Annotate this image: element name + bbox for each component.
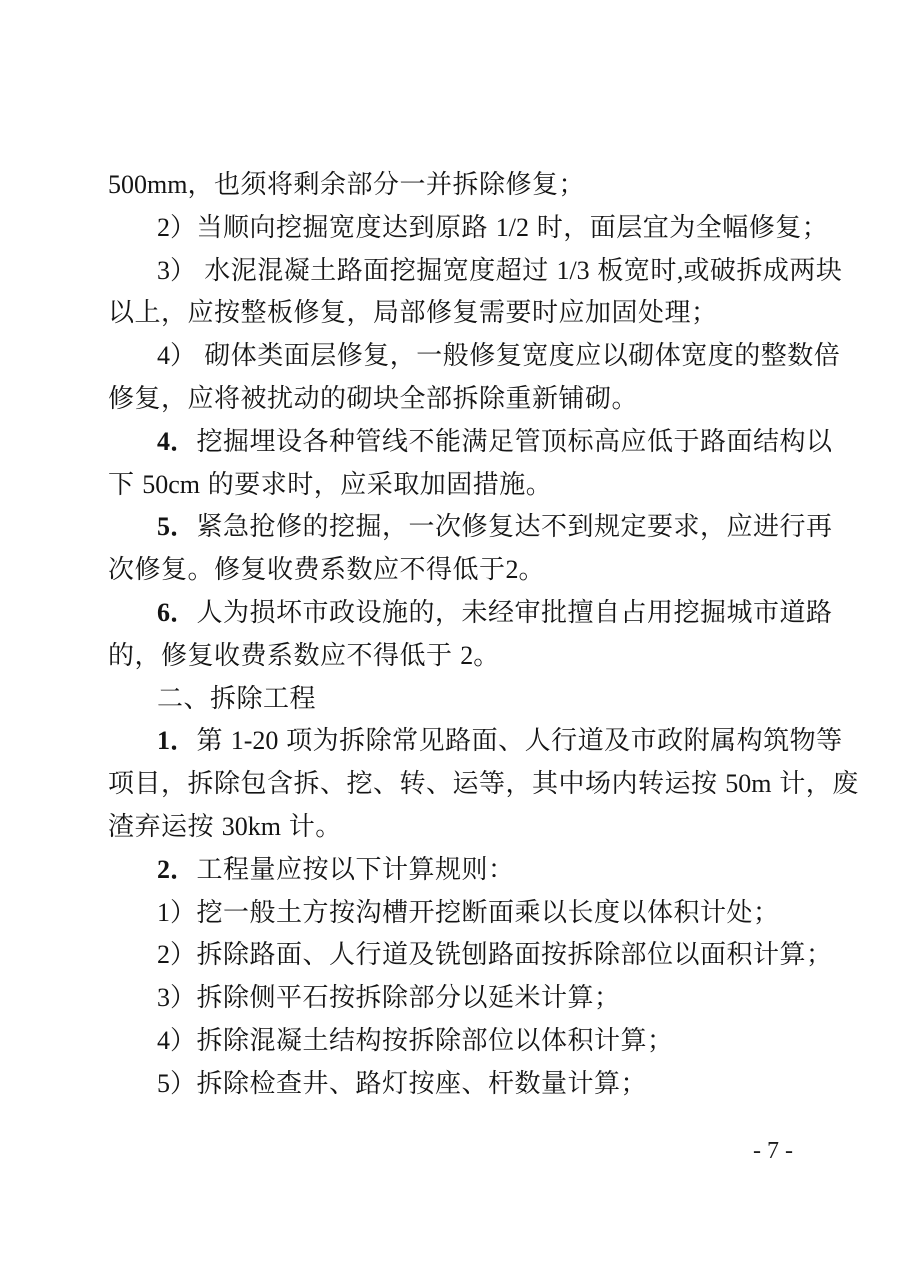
text-segment: 4）拆除混凝土结构按拆除部位以体积计算； [157,1025,674,1055]
text-line: 二、拆除工程 [108,677,798,720]
text-segment: 1）挖一般土方按沟槽开挖断面乘以长度以体积计处； [157,897,780,927]
text-line: 次修复。修复收费系数应不得低于2。 [108,548,798,591]
text-segment: 第 1-20 项为拆除常见路面、人行道及市政附属构筑物等 [197,725,843,755]
text-segment: 渣弃运按 30km 计。 [108,811,342,841]
text-line: 2．工程量应按以下计算规则： [108,848,798,891]
text-line: 3）拆除侧平石按拆除部分以延米计算； [108,976,798,1019]
latin-text: 3 [157,256,170,285]
text-line: 1）挖一般土方按沟槽开挖断面乘以长度以体积计处； [108,891,798,934]
latin-text: 4 [157,427,170,456]
latin-text: 500mm [108,170,187,199]
latin-text: , [677,256,684,285]
latin-text: 2 [506,555,519,584]
latin-text: 4 [157,341,170,370]
text-segment: 项目，拆除包含拆、挖、转、运等，其中场内转运按 50m 计，废 [108,768,859,798]
paragraph-number: 1． [157,725,197,755]
text-line: 500mm，也须将剩余部分一并拆除修复； [108,163,798,206]
latin-text: 2 [157,213,170,242]
text-segment: 的，修复收费系数应不得低于 2。 [108,640,500,670]
text-line: 项目，拆除包含拆、挖、转、运等，其中场内转运按 50m 计，废 [108,762,798,805]
text-line: 6．人为损坏市政设施的，未经审批擅自占用挖掘城市道路 [108,591,798,634]
text-line: 5）拆除检查井、路灯按座、杆数量计算； [108,1062,798,1105]
text-line: 3） 水泥混凝土路面挖掘宽度超过 1/3 板宽时,或破拆成两块 [108,249,798,292]
latin-text: 5 [157,1069,170,1098]
text-line: 以上，应按整板修复，局部修复需要时应加固处理； [108,291,798,334]
text-line: 修复，应将被扰动的砌块全部拆除重新铺砌。 [108,377,798,420]
text-segment: 人为损坏市政设施的，未经审批擅自占用挖掘城市道路 [197,597,833,627]
text-line: 下 50cm 的要求时，应采取加固措施。 [108,463,798,506]
latin-text: 1 [157,898,170,927]
text-line: 4） 砌体类面层修复，一般修复宽度应以砌体宽度的整数倍 [108,334,798,377]
latin-text: 5 [157,512,170,541]
text-line: 2）当顺向挖掘宽度达到原路 1/2 时，面层宜为全幅修复； [108,206,798,249]
latin-text: 4 [157,1026,170,1055]
latin-text: 1-20 [231,726,279,755]
text-line: 4）拆除混凝土结构按拆除部位以体积计算； [108,1019,798,1062]
text-segment: 4） 砌体类面层修复，一般修复宽度应以砌体宽度的整数倍 [157,340,840,370]
latin-text: 30km [222,812,281,841]
text-segment: 5）拆除检查井、路灯按座、杆数量计算； [157,1068,647,1098]
text-line: 的，修复收费系数应不得低于 2。 [108,634,798,677]
text-segment: 以上，应按整板修复，局部修复需要时应加固处理； [108,297,718,327]
latin-text: 3 [157,983,170,1012]
text-segment: 3） 水泥混凝土路面挖掘宽度超过 1/3 板宽时,或破拆成两块 [157,255,842,285]
text-segment: 二、拆除工程 [157,683,316,713]
text-segment: 3）拆除侧平石按拆除部分以延米计算； [157,982,621,1012]
text-line: 2）拆除路面、人行道及铣刨路面按拆除部位以面积计算； [108,933,798,976]
text-segment: 修复，应将被扰动的砌块全部拆除重新铺砌。 [108,383,638,413]
text-line: 4．挖掘埋设各种管线不能满足管顶标高应低于路面结构以 [108,420,798,463]
latin-text: 1/2 [496,213,529,242]
text-segment: 2）拆除路面、人行道及铣刨路面按拆除部位以面积计算； [157,939,833,969]
text-segment: 2）当顺向挖掘宽度达到原路 1/2 时，面层宜为全幅修复； [157,212,828,242]
text-segment: 500mm，也须将剩余部分一并拆除修复； [108,169,585,199]
latin-text: 2 [157,940,170,969]
text-segment: 工程量应按以下计算规则： [197,854,515,884]
text-segment: 挖掘埋设各种管线不能满足管顶标高应低于路面结构以 [197,426,833,456]
latin-text: 1/3 [556,256,589,285]
latin-text: 2 [460,641,473,670]
latin-text: 50m [725,769,771,798]
latin-text: 50cm [142,470,200,499]
latin-text: 2 [157,855,170,884]
paragraph-number: 6． [157,597,197,627]
text-segment: 紧急抢修的挖掘，一次修复达不到规定要求，应进行再 [197,511,833,541]
text-segment: 次修复。修复收费系数应不得低于2。 [108,554,545,584]
latin-text: 6 [157,598,170,627]
text-line: 渣弃运按 30km 计。 [108,805,798,848]
latin-text: 1 [157,726,170,755]
text-segment: 下 50cm 的要求时，应采取加固措施。 [108,469,552,499]
paragraph-number: 2． [157,854,197,884]
text-line: 5．紧急抢修的挖掘，一次修复达不到规定要求，应进行再 [108,505,798,548]
document-page: 500mm，也须将剩余部分一并拆除修复；2）当顺向挖掘宽度达到原路 1/2 时，… [0,0,900,1272]
paragraph-number: 5． [157,511,197,541]
document-body: 500mm，也须将剩余部分一并拆除修复；2）当顺向挖掘宽度达到原路 1/2 时，… [108,163,798,1105]
paragraph-number: 4． [157,426,197,456]
text-line: 1．第 1-20 项为拆除常见路面、人行道及市政附属构筑物等 [108,719,798,762]
page-number: - 7 - [753,1138,793,1165]
